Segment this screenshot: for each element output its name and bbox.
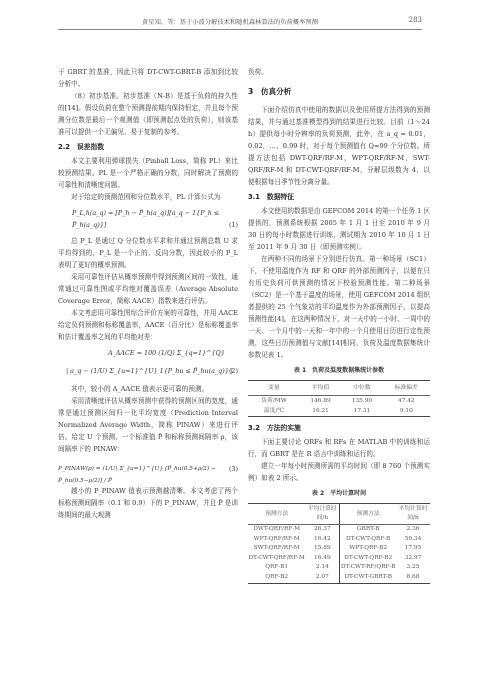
- table-row: DWT-QRF/RF-M 26.37 GBRT-B 2.36: [248, 525, 430, 535]
- column-header: 预测方法: [248, 504, 305, 525]
- paragraph: 本文主要利用弹球损失（Pinball Loss，简称 PL）来比较预测结果。PL…: [58, 155, 238, 191]
- table-cell: WPT-QRF-B2: [340, 544, 396, 554]
- paragraph: 于 GBRT 的基准，因此只将 DT-CWT-GBRT-B 添加到比较分析中。: [58, 66, 238, 90]
- page-number: 283: [409, 16, 422, 24]
- table-row: 温度/℃ 16.21 17.31 9.10: [248, 406, 430, 417]
- section-heading-3-1: 3.1 数据特征: [248, 191, 430, 203]
- table-cell: 2.36: [396, 525, 430, 535]
- column-header: 中位数: [341, 381, 382, 396]
- table-cell: 135.90: [341, 396, 382, 407]
- equation-2-top: A_AACE = 100 (1/Q) Σ_{q=1}^{Q}: [58, 347, 238, 361]
- table-cell: 26.37: [305, 525, 340, 535]
- equation-body: P_PINAW(ρ) = (1/U) Σ_{u=1}^{U} [P̂_hu(0.…: [58, 463, 238, 487]
- equation-body: | a_q − (1/U) Σ_{u=1}^{U} 1{P_hu ≤ P̂_hu…: [66, 365, 233, 377]
- equation-body: P_L,h(a_q) = [P_h − P̂_h(a_q)][a_q − 1{P…: [72, 207, 238, 231]
- table-cell: 负荷/MW: [248, 396, 300, 407]
- running-header: 黄星知，等：基于小波分解技术和随机森林算法的负荷概率预测 283: [58, 17, 422, 30]
- table-1-caption: 表 1 负荷及温度数据集统计参数: [248, 365, 430, 377]
- table-header-row: 变量 平均值 中位数 标准偏差: [248, 381, 430, 396]
- table-row: DT-CWT-QRF/RF-M 16.49 DT-CWT-QRF-B2 32.9…: [248, 554, 430, 564]
- paragraph: 其中，较小的 A_AACE 值表示更可靠的预测。: [58, 383, 238, 395]
- paragraph: 总 P_L 是通过 Q 分位数水平求和并通过预测总数 U 求平均得到的，P_L …: [58, 235, 238, 271]
- table-cell: 8.68: [396, 573, 430, 583]
- table-cell: DT-CWT-QRF-B2: [340, 554, 396, 564]
- table-cell: DWT-QRF/RF-M: [248, 525, 305, 535]
- table-cell: DT-CWT-QRF/RF-M: [248, 554, 305, 564]
- equation-2-bottom: | a_q − (1/U) Σ_{u=1}^{U} 1{P_hu ≤ P̂_hu…: [58, 365, 238, 379]
- paragraph: （8）初步基准。初步基准（N-B）是基于负荷的持久性的[14]。假设负荷在整个预…: [58, 90, 238, 138]
- paragraph: 在两种不同的场景下分别进行仿真。第一种场景（SC1）下，不使用温度作为 RF 和…: [248, 253, 430, 361]
- table-cell: QRF-B2: [248, 573, 305, 583]
- table-cell: 17.31: [341, 406, 382, 417]
- paragraph: 采用清晰度评估从概率预测中获得的预测区间的宽度，通常是通过预测区间归一化平均宽度…: [58, 395, 238, 455]
- table-cell: 17.95: [396, 544, 430, 554]
- table-2-caption: 表 2 平均计算时间: [248, 488, 430, 500]
- table-cell: 2.07: [305, 573, 340, 583]
- table-cell: 47.42: [383, 396, 430, 407]
- table-cell: 59.34: [396, 535, 430, 545]
- paragraph: 建立一年每小时预测所需的平均时间（即 8 760 个预测实例）如表 2 所示。: [248, 460, 430, 484]
- table-row: QRF-B2 2.07 DT-CWT-GBRT-B 8.68: [248, 573, 430, 583]
- running-title: 黄星知，等：基于小波分解技术和随机森林算法的负荷概率预测: [142, 17, 318, 26]
- column-header: 预测方法: [340, 504, 396, 525]
- table-cell: 2.14: [305, 563, 340, 573]
- table-cell: WPT-QRF/RF-M: [248, 535, 305, 545]
- equation-number: (3): [229, 463, 238, 475]
- paragraph: 本文考虑用可靠性图综合评价方案的可靠性，并用 AACE 给定负荷预测和标称覆盖率…: [58, 307, 238, 343]
- table-row: 负荷/MW 146.89 135.90 47.42: [248, 396, 430, 407]
- column-header: 平均计算时间/h: [396, 504, 430, 525]
- table-row: WPT-QRF/RF-M 16.42 DT-CWT-QRF-B 59.34: [248, 535, 430, 545]
- column-header: 平均值: [300, 381, 341, 396]
- equation-number: (2): [229, 365, 238, 377]
- table-cell: QRF-B1: [248, 563, 305, 573]
- paragraph: 越小的 P_PINAW 值表示预测越清晰。本文考虑了两个标称预测间隔率（0.1 …: [58, 485, 238, 521]
- left-column: 于 GBRT 的基准，因此只将 DT-CWT-GBRT-B 添加到比较分析中。 …: [58, 66, 238, 521]
- paragraph: 负荷。: [248, 66, 430, 78]
- table-cell: GBRT-B: [340, 525, 396, 535]
- table-cell: 32.97: [396, 554, 430, 564]
- column-header: 平均计算时间/h: [305, 504, 340, 525]
- table-cell: 16.21: [300, 406, 341, 417]
- table-cell: DT-CWT-RF/QRF-B: [340, 563, 396, 573]
- table-cell: DT-CWT-GBRT-B: [340, 573, 396, 583]
- table-cell: 9.10: [383, 406, 430, 417]
- table-1: 变量 平均值 中位数 标准偏差 负荷/MW 146.89 135.90 47.4…: [248, 380, 430, 417]
- table-cell: 温度/℃: [248, 406, 300, 417]
- table-cell: 15.89: [305, 544, 340, 554]
- paragraph: 下面主要讨论 QRFs 和 RFs 在 MATLAB 中的训练和运行，而 GBR…: [248, 436, 430, 460]
- section-heading-3-2: 3.2 方法的实施: [248, 422, 430, 434]
- right-column: 负荷。 3 仿真分析 下面介绍仿真中使用的数据以及使用所提方法得到的预测结果，并…: [248, 66, 430, 584]
- equation-3: P_PINAW(ρ) = (1/U) Σ_{u=1}^{U} [P̂_hu(0.…: [58, 459, 238, 481]
- table-header-row: 预测方法 平均计算时间/h 预测方法 平均计算时间/h: [248, 504, 430, 525]
- section-heading-3: 3 仿真分析: [248, 86, 430, 98]
- column-header: 标准偏差: [383, 381, 430, 396]
- paragraph: 下面介绍仿真中使用的数据以及使用所提方法得到的预测结果，并与通过基准模型得到的结…: [248, 104, 430, 188]
- table-row: QRF-B1 2.14 DT-CWT-RF/QRF-B 3.25: [248, 563, 430, 573]
- section-heading-2-2: 2.2 误差指数: [58, 141, 238, 153]
- equation-body: A_AACE = 100 (1/Q) Σ_{q=1}^{Q}: [108, 347, 225, 359]
- table-cell: DT-CWT-QRF-B: [340, 535, 396, 545]
- table-row: SWT-QRF/RF-M 15.89 WPT-QRF-B2 17.95: [248, 544, 430, 554]
- column-header: 变量: [248, 381, 300, 396]
- table-cell: 16.49: [305, 554, 340, 564]
- paragraph: 对于给定的预测范围和分位数水平，PL 计算公式为: [58, 191, 238, 203]
- table-2: 预测方法 平均计算时间/h 预测方法 平均计算时间/h DWT-QRF/RF-M…: [248, 503, 430, 584]
- table-cell: 146.89: [300, 396, 341, 407]
- equation-number: (1): [229, 219, 238, 231]
- equation-1: P_L,h(a_q) = [P_h − P̂_h(a_q)][a_q − 1{P…: [58, 207, 238, 231]
- paragraph: 采用可靠性评估从概率预测中得到预测区间的一致性，通常通过可靠性图或平均绝对覆盖误…: [58, 271, 238, 307]
- paragraph: 本文使用的数据是由 GEFCOM 2014 的第一个任务 1 区提供的，预测系统…: [248, 205, 430, 253]
- table-cell: 16.42: [305, 535, 340, 545]
- table-cell: SWT-QRF/RF-M: [248, 544, 305, 554]
- table-cell: 3.25: [396, 563, 430, 573]
